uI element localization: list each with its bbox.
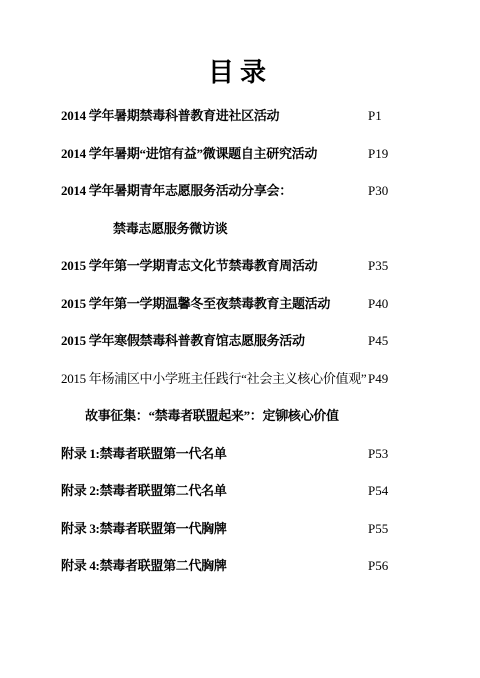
toc-entry-page: P55 [368,521,388,537]
toc-entry-title: 2015 年杨浦区中小学班主任践行“社会主义核心价值观” [61,371,366,386]
toc-entry-page: P1 [368,108,382,124]
toc-entry-page: P53 [368,446,388,462]
toc-entry-9-subline: 故事征集：“禁毒者联盟起来”：定铆核心价值 [61,408,480,446]
toc-entry-title: 附录 1:禁毒者联盟第一代名单 [61,446,227,461]
toc-entry-title: 2014 学年暑期“进馆有益”微课题自主研究活动 [61,146,317,161]
toc-entry-title: 2014 学年暑期禁毒科普教育进社区活动 [61,108,279,123]
toc-entry-4-subline: 禁毒志愿服务微访谈 [61,221,480,259]
toc-entry-page: P54 [368,483,388,499]
toc-list: 2014 学年暑期禁毒科普教育进社区活动 P1 2014 学年暑期“进馆有益”微… [61,108,480,596]
toc-entry-page: P30 [368,183,388,199]
toc-entry-7: 2015 学年寒假禁毒科普教育馆志愿服务活动 P45 [61,333,480,371]
toc-entry-title: 故事征集：“禁毒者联盟起来”：定铆核心价值 [85,408,339,423]
toc-entry-page: P19 [368,146,388,162]
page-title: 目录 [0,58,480,88]
toc-entry-title: 2015 学年第一学期温馨冬至夜禁毒教育主题活动 [61,296,330,311]
toc-entry-page: P56 [368,558,388,574]
document-page: 目录 2014 学年暑期禁毒科普教育进社区活动 P1 2014 学年暑期“进馆有… [0,0,480,678]
toc-entry-title: 2015 学年第一学期青志文化节禁毒教育周活动 [61,258,317,273]
toc-entry-page: P35 [368,258,388,274]
toc-entry-page: P49 [368,371,388,387]
toc-entry-title: 禁毒志愿服务微访谈 [113,221,227,236]
toc-entry-3: 2014 学年暑期青年志愿服务活动分享会： P30 [61,183,480,221]
toc-entry-title: 附录 2:禁毒者联盟第二代名单 [61,483,227,498]
toc-entry-title: 附录 4:禁毒者联盟第二代胸牌 [61,558,227,573]
toc-entry-page: P45 [368,333,388,349]
toc-entry-8: 2015 年杨浦区中小学班主任践行“社会主义核心价值观” P49 [61,371,480,409]
toc-entry-5: 2015 学年第一学期青志文化节禁毒教育周活动 P35 [61,258,480,296]
toc-entry-12-appendix-3: 附录 3:禁毒者联盟第一代胸牌 P55 [61,521,480,559]
toc-entry-title: 附录 3:禁毒者联盟第一代胸牌 [61,521,227,536]
toc-entry-11-appendix-2: 附录 2:禁毒者联盟第二代名单 P54 [61,483,480,521]
toc-entry-10-appendix-1: 附录 1:禁毒者联盟第一代名单 P53 [61,446,480,484]
toc-entry-1: 2014 学年暑期禁毒科普教育进社区活动 P1 [61,108,480,146]
toc-entry-6: 2015 学年第一学期温馨冬至夜禁毒教育主题活动 P40 [61,296,480,334]
toc-entry-title: 2014 学年暑期青年志愿服务活动分享会： [61,183,292,198]
toc-entry-2: 2014 学年暑期“进馆有益”微课题自主研究活动 P19 [61,146,480,184]
toc-entry-13-appendix-4: 附录 4:禁毒者联盟第二代胸牌 P56 [61,558,480,596]
toc-entry-title: 2015 学年寒假禁毒科普教育馆志愿服务活动 [61,333,305,348]
toc-entry-page: P40 [368,296,388,312]
